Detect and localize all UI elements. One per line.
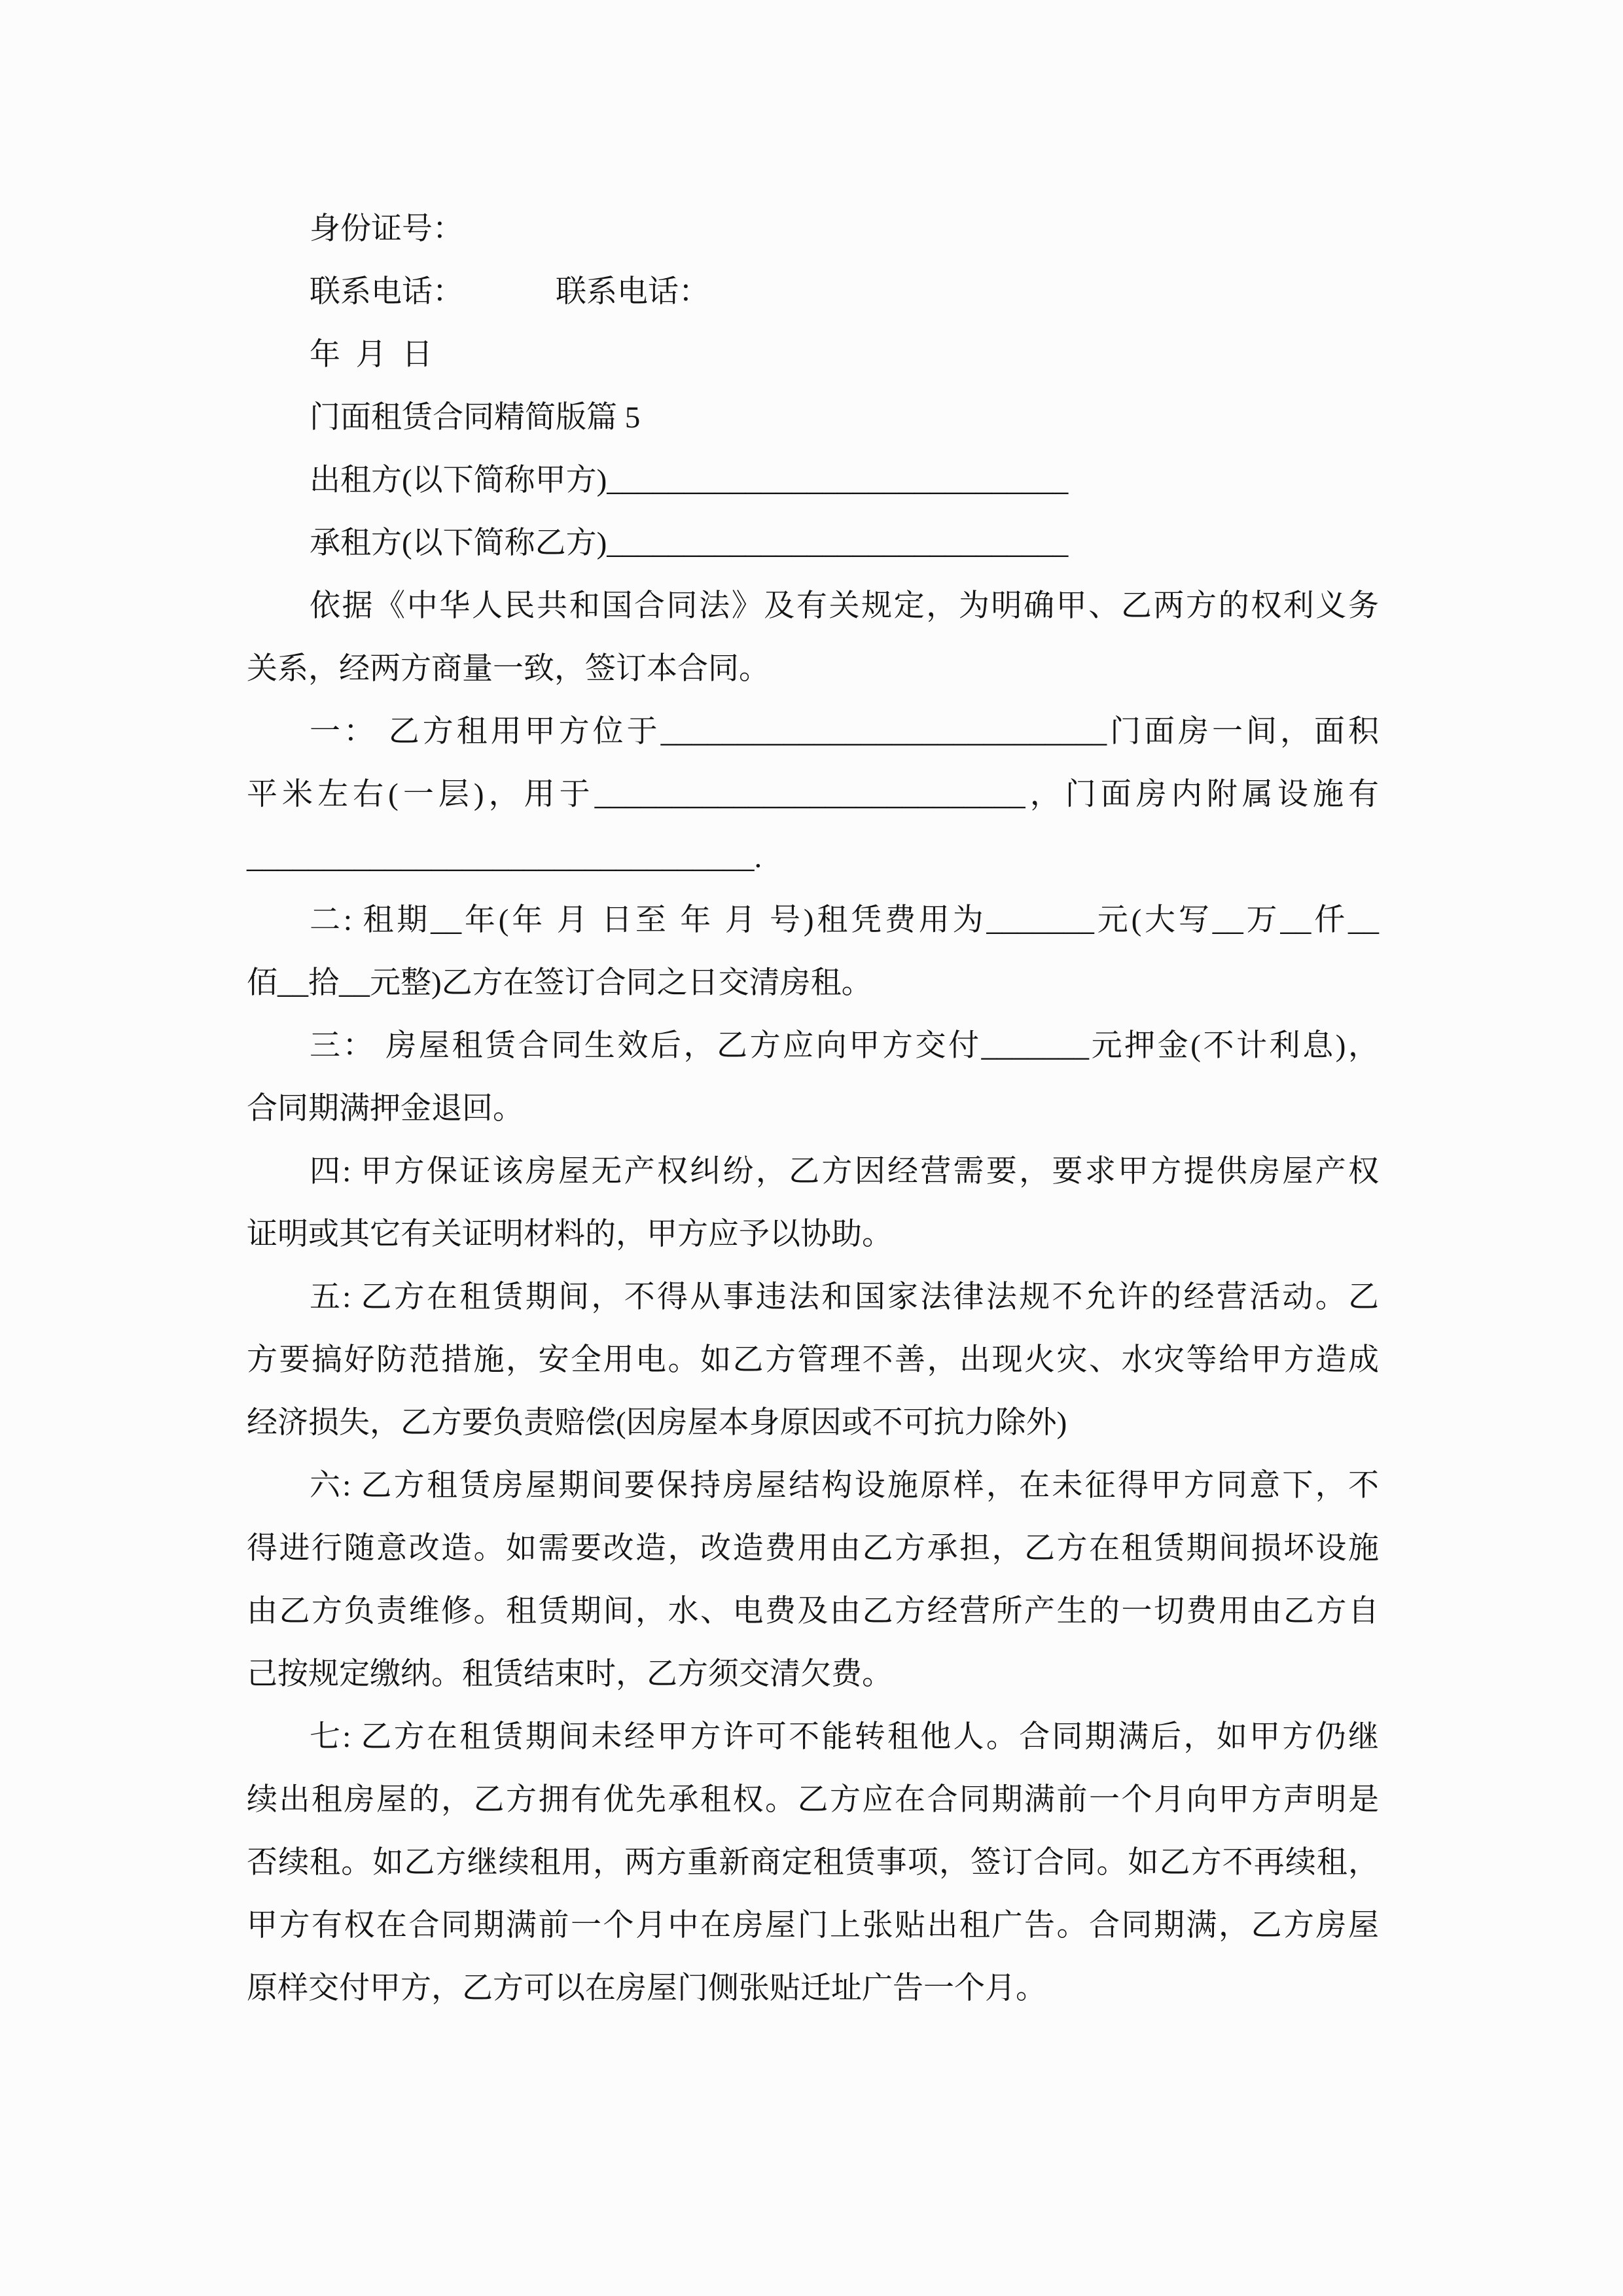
text-line: 得进行随意改造。如需要改造，改造费用由乙方承担，乙方在租赁期间损坏设施 [247, 1517, 1379, 1580]
text-line: 承租方(以下简称乙方)_____________________________… [247, 512, 1379, 575]
text-line: 年 月 日 [247, 323, 1379, 386]
text-line: 门面租赁合同精简版篇 5 [247, 386, 1379, 449]
text-line: 三： 房屋租赁合同生效后，乙方应向甲方交付_______元押金(不计利息)， [247, 1014, 1379, 1077]
text-line: 四: 甲方保证该房屋无产权纠纷，乙方因经营需要，要求甲方提供房屋产权 [247, 1140, 1379, 1203]
text-line: 出租方(以下简称甲方)_____________________________… [247, 449, 1379, 512]
text-line: 身份证号： [247, 198, 1379, 260]
text-line: 经济损失，乙方要负责赔偿(因房屋本身原因或不可抗力除外) [247, 1391, 1379, 1454]
text-line: _________________________________. [247, 826, 1379, 889]
text-line: 联系电话： 联系电话： [247, 260, 1379, 323]
text-line: 甲方有权在合同期满前一个月中在房屋门上张贴出租广告。合同期满，乙方房屋 [247, 1894, 1379, 1957]
text-line: 平米左右(一层)，用于____________________________，… [247, 763, 1379, 826]
text-line: 五: 乙方在租赁期间，不得从事违法和国家法律法规不允许的经营活动。乙 [247, 1266, 1379, 1329]
text-line: 续出租房屋的，乙方拥有优先承租权。乙方应在合同期满前一个月向甲方声明是 [247, 1768, 1379, 1831]
text-line: 己按规定缴纳。租赁结束时，乙方须交清欠费。 [247, 1643, 1379, 1706]
text-line: 六: 乙方租赁房屋期间要保持房屋结构设施原样，在未征得甲方同意下，不 [247, 1454, 1379, 1517]
text-line: 否续租。如乙方继续租用，两方重新商定租赁事项，签订合同。如乙方不再续租， [247, 1831, 1379, 1894]
text-line: 佰__拾__元整)乙方在签订合同之日交清房租。 [247, 952, 1379, 1014]
document-body: 身份证号：联系电话： 联系电话：年 月 日门面租赁合同精简版篇 5出租方(以下简… [247, 198, 1379, 2020]
text-line: 由乙方负责维修。租赁期间，水、电费及由乙方经营所产生的一切费用由乙方自 [247, 1580, 1379, 1643]
text-line: 合同期满押金退回。 [247, 1077, 1379, 1140]
text-line: 七: 乙方在租赁期间未经甲方许可不能转租他人。合同期满后，如甲方仍继 [247, 1706, 1379, 1768]
contract-page: 身份证号：联系电话： 联系电话：年 月 日门面租赁合同精简版篇 5出租方(以下简… [0, 0, 1623, 2296]
text-line: 二: 租期__年(年 月 日至 年 月 号)租凭费用为_______元(大写__… [247, 889, 1379, 952]
text-line: 关系，经两方商量一致，签订本合同。 [247, 637, 1379, 700]
text-line: 证明或其它有关证明材料的，甲方应予以协助。 [247, 1203, 1379, 1266]
text-line: 方要搞好防范措施，安全用电。如乙方管理不善，出现火灾、水灾等给甲方造成 [247, 1329, 1379, 1391]
text-line: 一： 乙方租用甲方位于_____________________________… [247, 700, 1379, 763]
text-line: 依据《中华人民共和国合同法》及有关规定，为明确甲、乙两方的权利义务 [247, 575, 1379, 637]
text-line: 原样交付甲方，乙方可以在房屋门侧张贴迁址广告一个月。 [247, 1957, 1379, 2020]
